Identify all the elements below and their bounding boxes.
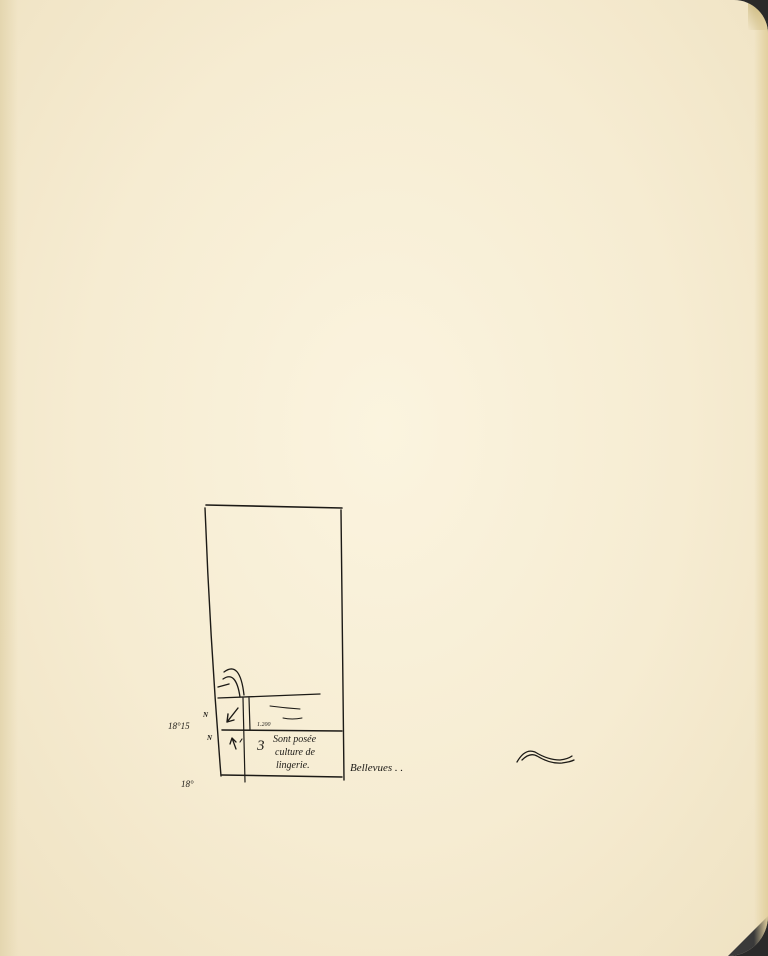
arch-outer bbox=[224, 669, 244, 695]
note-line-2: culture de bbox=[275, 748, 315, 758]
depth-label-upper: 18°15 bbox=[168, 722, 190, 731]
water-line-1 bbox=[270, 706, 300, 709]
marker-n-upper: N bbox=[203, 712, 208, 719]
note-line-3: lingerie. bbox=[276, 761, 310, 771]
hline-upper bbox=[218, 694, 320, 698]
marker-n-lower: N bbox=[207, 735, 212, 742]
small-note: 1.200 bbox=[257, 722, 271, 728]
arrow-down-left bbox=[227, 708, 238, 722]
rect-top-edge bbox=[206, 505, 342, 508]
hline-bottom bbox=[222, 775, 342, 777]
vline-inner-1 bbox=[243, 698, 245, 782]
arrow-left-stroke bbox=[218, 684, 229, 687]
figure-number: 3 bbox=[257, 739, 265, 754]
vline-inner-2 bbox=[249, 698, 250, 730]
hline-middle bbox=[222, 730, 342, 731]
hand-sketch bbox=[0, 0, 768, 956]
arch-inner bbox=[223, 677, 240, 697]
arrow-up bbox=[230, 738, 236, 749]
water-line-2 bbox=[283, 718, 302, 719]
side-note: Bellevues . . bbox=[350, 763, 403, 774]
tick-mark bbox=[240, 739, 242, 742]
note-line-1: Sont posée bbox=[273, 735, 316, 745]
rect-right-edge bbox=[341, 510, 344, 780]
notebook-page: 18°15 18° N N 1.200 3 Sont posée culture… bbox=[0, 0, 768, 956]
depth-label-lower: 18° bbox=[181, 780, 194, 789]
